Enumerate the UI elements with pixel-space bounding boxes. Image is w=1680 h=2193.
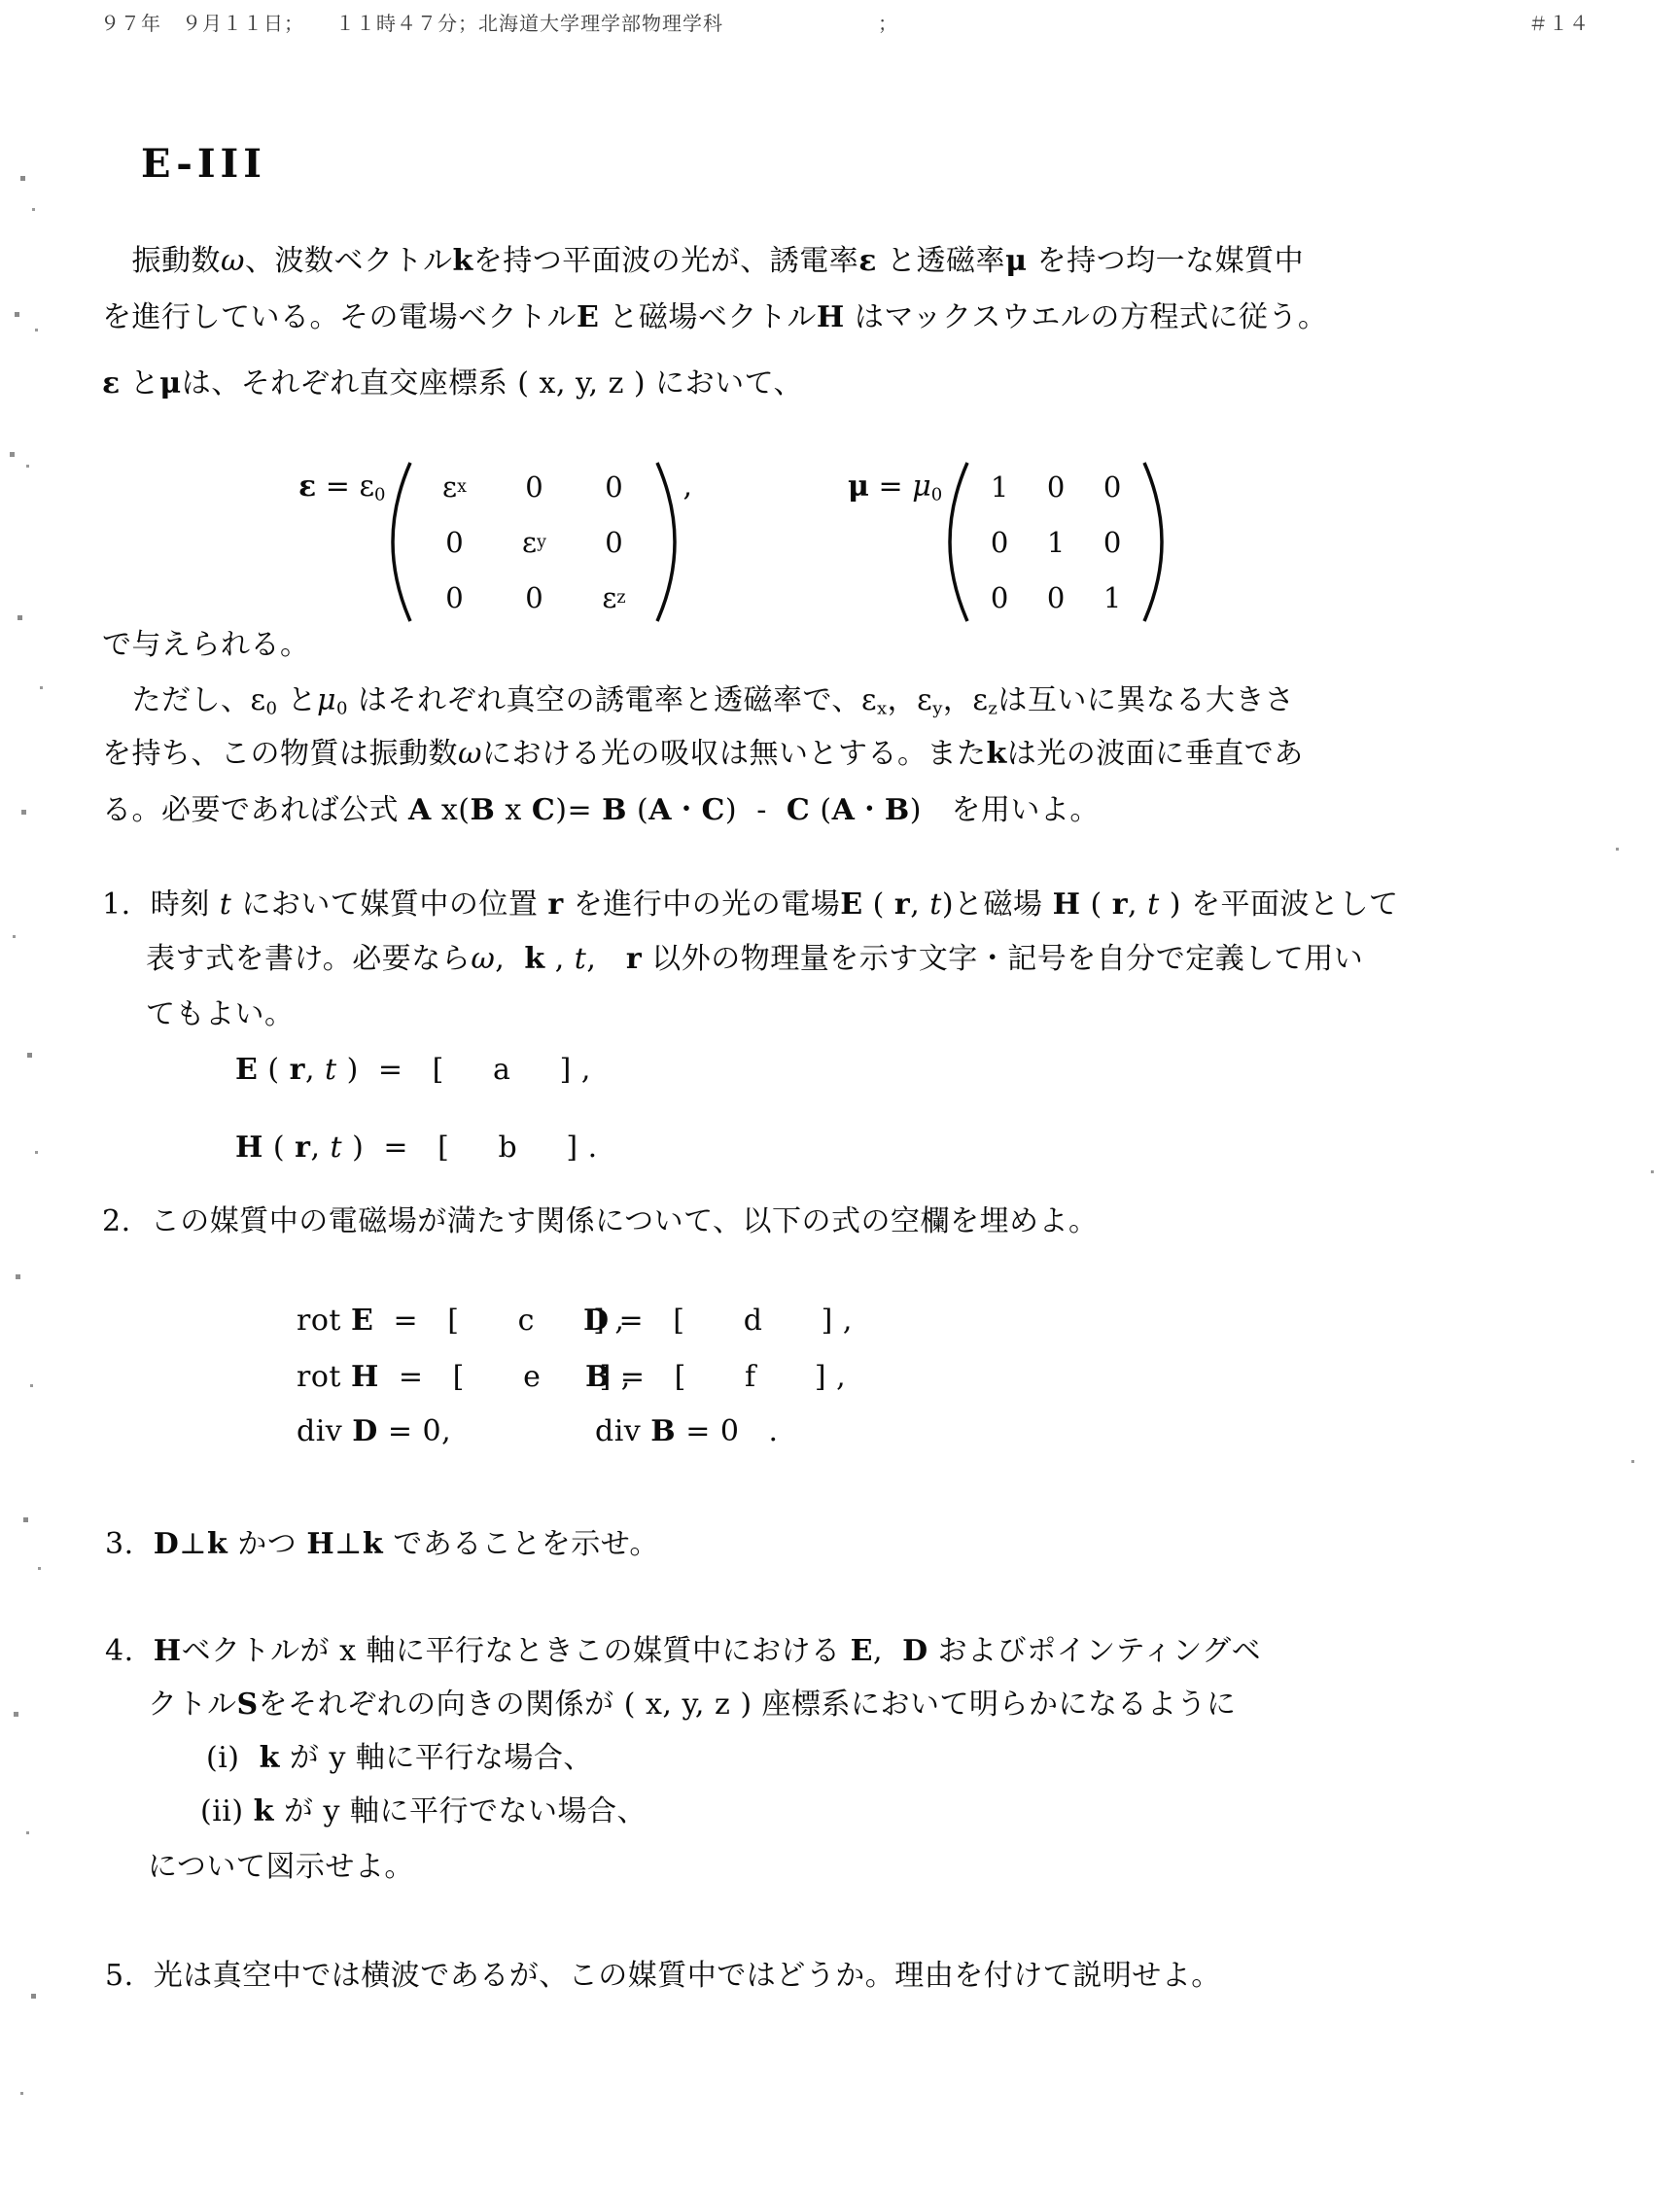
matrix-cell: 0	[574, 514, 653, 570]
matrix-paren-close-icon	[653, 459, 679, 625]
equation-B-blank-f: B = [ f ] ,	[585, 1359, 846, 1396]
epsilon-matrix-body: εx 0 0 0 εy 0 0 0 εz	[414, 459, 653, 625]
matrix-cell: 0	[1084, 459, 1140, 514]
matrix-cell: 1	[1084, 570, 1140, 625]
equation-E-blank-a: E ( r, t ) = [ a ] ,	[235, 1052, 591, 1089]
epsilon-matrix: ε = ε0 εx 0 0 0 εy 0 0 0 εz ,	[298, 459, 692, 625]
matrix-cell: 0	[971, 514, 1028, 570]
question-3: 3. D⊥k かつ H⊥k であることを示せ。	[105, 1526, 659, 1563]
section-title: E-III	[141, 141, 266, 187]
question-2-heading: 2. この媒質中の電磁場が満たす関係について、以下の式の空欄を埋めよ。	[102, 1203, 1099, 1240]
equation-rotE-blank-c: rot E = [ c ] ,	[297, 1303, 624, 1340]
header-separator: ；	[878, 8, 898, 36]
header-date-department: ９７年 ９月１１日； １１時４７分；北海道大学理学部物理学科	[100, 8, 723, 36]
matrix-paren-open-icon	[389, 459, 414, 625]
matrix-cell: 0	[1028, 570, 1084, 625]
matrix-cell: 0	[414, 514, 494, 570]
intro-line-1: 振動数ω、波数ベクトルkを持つ平面波の光が、誘電率ε と透磁率μ を持つ均一な媒…	[102, 243, 1304, 280]
intro-line-2: を進行している。その電場ベクトルE と磁場ベクトルH はマックスウエルの方程式に…	[102, 299, 1327, 336]
question-4-line-2: クトルSをそれぞれの向きの関係が ( x, y, z ) 座標系において明らかに…	[148, 1687, 1237, 1723]
scan-noise	[0, 0, 3, 3]
mu-matrix: μ = μ0 1 0 0 0 1 0 0 0 1	[848, 459, 1166, 625]
matrix-cell: 0	[1084, 514, 1140, 570]
equation-rotH-blank-e: rot H = [ e ] ,	[297, 1359, 631, 1396]
matrix-cell: 0	[494, 570, 574, 625]
note-line-1: ただし、ε0 とμ0 はそれぞれ真空の誘電率と透磁率で、εx，εy，εzは互いに…	[102, 682, 1294, 719]
equation-divD: div D = 0,	[297, 1413, 451, 1450]
question-4-line-1: 4. Hベクトルが x 軸に平行なときこの媒質中における E, D およびポイン…	[105, 1633, 1261, 1670]
question-4-line-3: について図示せよ。	[148, 1849, 414, 1886]
equation-divB: div B = 0 .	[595, 1413, 779, 1450]
question-1-line-3: てもよい。	[146, 996, 295, 1033]
matrix-cell: εz	[574, 570, 653, 625]
question-5: 5. 光は真空中では横波であるが、この媒質中ではどうか。理由を付けて説明せよ。	[105, 1958, 1221, 1995]
matrix-cell: 0	[971, 570, 1028, 625]
equation-H-blank-b: H ( r, t ) = [ b ] .	[235, 1130, 598, 1166]
epsilon-matrix-comma: ,	[682, 459, 692, 514]
page-number: ＃１４	[1528, 8, 1590, 36]
question-1-line-2: 表す式を書け。必要ならω, k , t, r 以外の物理量を示す文字・記号を自分…	[146, 941, 1363, 978]
question-4-case-i: (i) k が y 軸に平行な場合、	[206, 1740, 593, 1777]
mu-matrix-lhs: μ = μ0	[848, 459, 942, 514]
matrix-cell: 0	[574, 459, 653, 514]
note-line-3: る。必要であれば公式 A x(B x C)= B (A・C) - C (A・B)…	[102, 792, 1100, 829]
epsilon-matrix-lhs: ε = ε0	[298, 459, 385, 514]
mu-matrix-body: 1 0 0 0 1 0 0 0 1	[971, 459, 1140, 625]
matrix-paren-close-icon	[1140, 459, 1166, 625]
intro-line-3: ε とμは、それぞれ直交座標系 ( x, y, z ) において、	[102, 365, 803, 402]
matrix-cell: 0	[1028, 459, 1084, 514]
matrix-cell: 0	[494, 459, 574, 514]
matrix-cell: 1	[1028, 514, 1084, 570]
question-4-case-ii: (ii) k が y 軸に平行でない場合、	[200, 1793, 647, 1830]
matrix-cell: 1	[971, 459, 1028, 514]
question-1-line-1: 1. 時刻 t において媒質中の位置 r を進行中の光の電場E ( r, t)と…	[102, 887, 1398, 923]
matrix-cell: εy	[494, 514, 574, 570]
equation-D-blank-d: D = [ d ] ,	[583, 1303, 853, 1340]
matrix-cell: 0	[414, 570, 494, 625]
note-line-2: を持ち、この物質は振動数ωにおける光の吸収は無いとする。またkは光の波面に垂直で…	[102, 736, 1304, 773]
given-by-line: で与えられる。	[102, 627, 310, 664]
matrix-cell: εx	[414, 459, 494, 514]
scanned-exam-page: ９７年 ９月１１日； １１時４７分；北海道大学理学部物理学科 ； ＃１４ E-I…	[0, 0, 1680, 2193]
matrix-paren-open-icon	[946, 459, 971, 625]
